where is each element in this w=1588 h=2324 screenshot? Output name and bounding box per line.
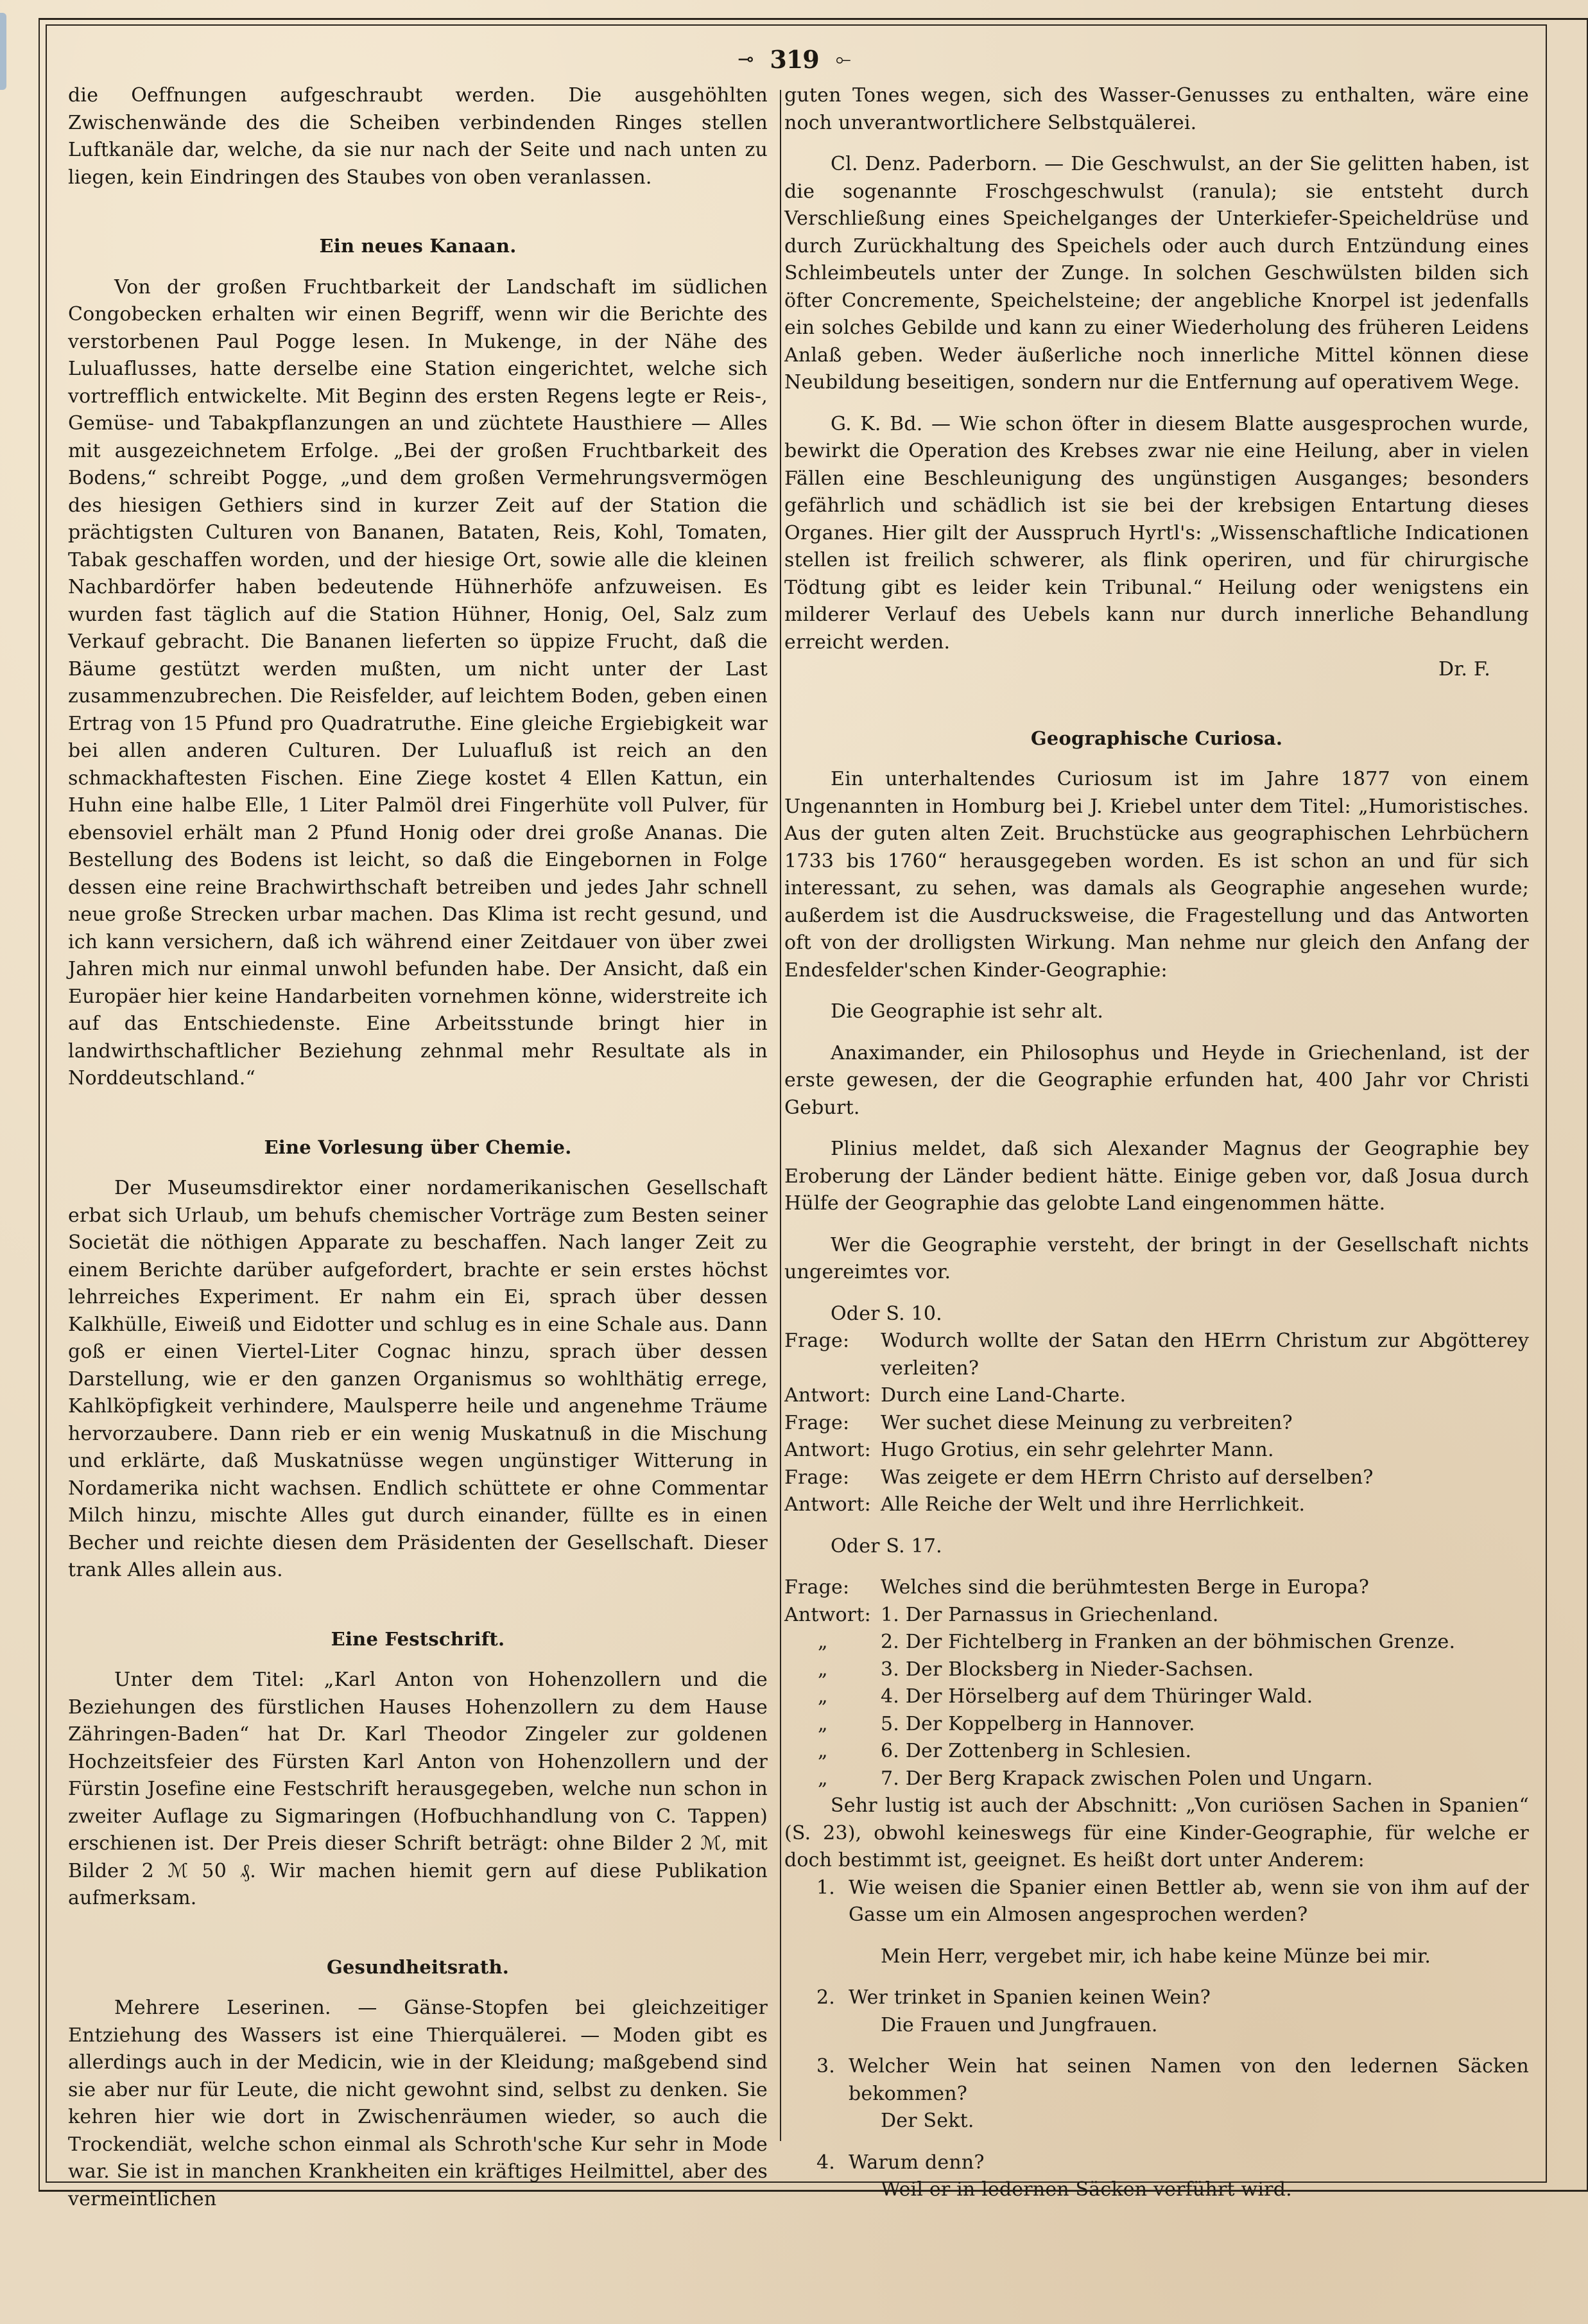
qa-label: Antwort: bbox=[784, 1382, 881, 1410]
qa-text: Durch eine Land-Charte. bbox=[881, 1382, 1529, 1410]
qa-label: Antwort: bbox=[784, 1602, 881, 1629]
article-body: Mehrere Leserinen. — Gänse-Stopfen bei g… bbox=[68, 1995, 768, 2213]
article-curiosa: Geographische Curiosa. Ein unterhaltende… bbox=[784, 725, 1529, 2204]
qa-list: Frage:Wodurch wollte der Satan den HErrn… bbox=[784, 1328, 1529, 1519]
item-number: 1. bbox=[816, 1875, 849, 1929]
qa-label: Frage: bbox=[784, 1464, 881, 1492]
continuation-text: guten Tones wegen, sich des Wasser-Genus… bbox=[784, 82, 1529, 137]
mountain-item: 3. Der Blocksberg in Nieder-Sachsen. bbox=[881, 1656, 1254, 1684]
mountain-item: 5. Der Koppelberg in Hannover. bbox=[881, 1711, 1195, 1739]
qa-row: Frage:Was zeigete er dem HErrn Christo a… bbox=[784, 1464, 1529, 1492]
article-kanaan: Ein neues Kanaan. Von der großen Fruchtb… bbox=[68, 232, 768, 1093]
section-label: Oder S. 17. bbox=[784, 1533, 1529, 1561]
spain-list: 1.Wie weisen die Spanier einen Bettler a… bbox=[784, 1875, 1529, 2204]
article-title: Eine Festschrift. bbox=[68, 1626, 768, 1653]
item-number: 4. bbox=[816, 2149, 849, 2177]
article-body: Der Museumsdirektor einer nordamerikanis… bbox=[68, 1175, 768, 1584]
qa-text: Was zeigete er dem HErrn Christo auf der… bbox=[881, 1464, 1529, 1492]
qa-text: Alle Reiche der Welt und ihre Herrlichke… bbox=[881, 1491, 1529, 1519]
mountain-item: 2. Der Fichtelberg in Franken an der böh… bbox=[881, 1629, 1455, 1656]
ditto-mark: „ bbox=[784, 1765, 881, 1793]
item-question: Wie weisen die Spanier einen Bettler ab,… bbox=[849, 1875, 1529, 1929]
continuation-text: die Oeffnungen aufgeschraubt werden. Die… bbox=[68, 82, 768, 191]
ditto-mark: „ bbox=[784, 1711, 881, 1739]
article-body: Von der großen Fruchtbarkeit der Landsch… bbox=[68, 274, 768, 1093]
ornament-left-icon: ⊸ bbox=[738, 48, 753, 71]
list-item: „4. Der Hörselberg auf dem Thüringer Wal… bbox=[784, 1683, 1529, 1711]
left-column: die Oeffnungen aufgeschraubt werden. Die… bbox=[68, 82, 768, 2213]
qa-text: Wer suchet diese Meinung zu verbreiten? bbox=[881, 1410, 1529, 1437]
mountain-list: Frage:Welches sind die berühmtesten Berg… bbox=[784, 1574, 1529, 1792]
mountain-item: 6. Der Zottenberg in Schlesien. bbox=[881, 1738, 1191, 1765]
qa-row: Frage:Welches sind die berühmtesten Berg… bbox=[784, 1574, 1529, 1602]
qa-text: Welches sind die berühmtesten Berge in E… bbox=[881, 1574, 1529, 1602]
column-divider bbox=[780, 90, 781, 2141]
qa-row: Antwort:Alle Reiche der Welt und ihre He… bbox=[784, 1491, 1529, 1519]
item-answer: Die Frauen und Jungfrauen. bbox=[784, 2012, 1529, 2040]
article-title: Eine Vorlesung über Chemie. bbox=[68, 1134, 768, 1161]
list-item: „7. Der Berg Krapack zwischen Polen und … bbox=[784, 1765, 1529, 1793]
item-answer: Mein Herr, vergebet mir, ich habe keine … bbox=[784, 1943, 1529, 1971]
list-item: „3. Der Blocksberg in Nieder-Sachsen. bbox=[784, 1656, 1529, 1684]
reply-paragraph: G. K. Bd. — Wie schon öfter in diesem Bl… bbox=[784, 411, 1529, 657]
article-chemie: Eine Vorlesung über Chemie. Der Museumsd… bbox=[68, 1134, 768, 1584]
article-gesundheitsrath: Gesundheitsrath. Mehrere Leserinen. — Gä… bbox=[68, 1954, 768, 2214]
reply-paragraph: Cl. Denz. Paderborn. — Die Geschwulst, a… bbox=[784, 151, 1529, 397]
article-intro: Ein unterhaltendes Curiosum ist im Jahre… bbox=[784, 766, 1529, 984]
article-festschrift: Eine Festschrift. Unter dem Titel: „Karl… bbox=[68, 1626, 768, 1912]
page-header: ⊸319⟜ bbox=[0, 45, 1588, 74]
article-title: Ein neues Kanaan. bbox=[68, 232, 768, 260]
spain-intro: Sehr lustig ist auch der Abschnitt: „Von… bbox=[784, 1792, 1529, 1875]
page-number: 319 bbox=[770, 45, 818, 74]
qa-row: Antwort:Durch eine Land-Charte. bbox=[784, 1382, 1529, 1410]
item-number: 2. bbox=[816, 1984, 849, 2012]
list-item: „2. Der Fichtelberg in Franken an der bö… bbox=[784, 1629, 1529, 1656]
item-answer: Weil er in ledernen Säcken verführt wird… bbox=[784, 2176, 1529, 2204]
qa-label: Antwort: bbox=[784, 1491, 881, 1519]
ditto-mark: „ bbox=[784, 1656, 881, 1684]
quote-line: Anaximander, ein Philosophus und Heyde i… bbox=[784, 1040, 1529, 1122]
qa-label: Frage: bbox=[784, 1574, 881, 1602]
mountain-item: 1. Der Parnassus in Griechenland. bbox=[881, 1602, 1529, 1629]
qa-row: Antwort:Hugo Grotius, ein sehr gelehrter… bbox=[784, 1437, 1529, 1464]
mountain-item: 4. Der Hörselberg auf dem Thüringer Wald… bbox=[881, 1683, 1313, 1711]
signature: Dr. F. bbox=[784, 656, 1529, 684]
item-question: Warum denn? bbox=[849, 2149, 1529, 2177]
article-body: Unter dem Titel: „Karl Anton von Hohenzo… bbox=[68, 1667, 768, 1912]
item-question: Welcher Wein hat seinen Namen von den le… bbox=[849, 2053, 1529, 2108]
ditto-mark: „ bbox=[784, 1738, 881, 1765]
qa-row: Antwort:1. Der Parnassus in Griechenland… bbox=[784, 1602, 1529, 1629]
list-item: 4.Warum denn? bbox=[784, 2149, 1529, 2177]
list-item: 2.Wer trinket in Spanien keinen Wein? bbox=[784, 1984, 1529, 2012]
qa-label: Frage: bbox=[784, 1410, 881, 1437]
list-item: 3.Welcher Wein hat seinen Namen von den … bbox=[784, 2053, 1529, 2108]
qa-label: Antwort: bbox=[784, 1437, 881, 1464]
qa-row: Frage:Wer suchet diese Meinung zu verbre… bbox=[784, 1410, 1529, 1437]
ditto-mark: „ bbox=[784, 1629, 881, 1656]
quote-line: Wer die Geographie versteht, der bringt … bbox=[784, 1232, 1529, 1287]
right-column: guten Tones wegen, sich des Wasser-Genus… bbox=[784, 82, 1529, 2204]
list-item: „5. Der Koppelberg in Hannover. bbox=[784, 1711, 1529, 1739]
ornament-right-icon: ⟜ bbox=[836, 48, 850, 71]
qa-text: Hugo Grotius, ein sehr gelehrter Mann. bbox=[881, 1437, 1529, 1464]
item-number: 3. bbox=[816, 2053, 849, 2108]
article-title: Geographische Curiosa. bbox=[784, 725, 1529, 752]
article-title: Gesundheitsrath. bbox=[68, 1954, 768, 1981]
qa-row: Frage:Wodurch wollte der Satan den HErrn… bbox=[784, 1328, 1529, 1382]
item-question: Wer trinket in Spanien keinen Wein? bbox=[849, 1984, 1529, 2012]
ditto-mark: „ bbox=[784, 1683, 881, 1711]
section-label: Oder S. 10. bbox=[784, 1301, 1529, 1328]
quote-line: Plinius meldet, daß sich Alexander Magnu… bbox=[784, 1136, 1529, 1218]
quote-line: Die Geographie ist sehr alt. bbox=[784, 998, 1529, 1026]
list-item: 1.Wie weisen die Spanier einen Bettler a… bbox=[784, 1875, 1529, 1929]
qa-text: Wodurch wollte der Satan den HErrn Chris… bbox=[881, 1328, 1529, 1382]
mountain-item: 7. Der Berg Krapack zwischen Polen und U… bbox=[881, 1765, 1373, 1793]
item-answer: Der Sekt. bbox=[784, 2108, 1529, 2135]
list-item: „6. Der Zottenberg in Schlesien. bbox=[784, 1738, 1529, 1765]
qa-label: Frage: bbox=[784, 1328, 881, 1382]
